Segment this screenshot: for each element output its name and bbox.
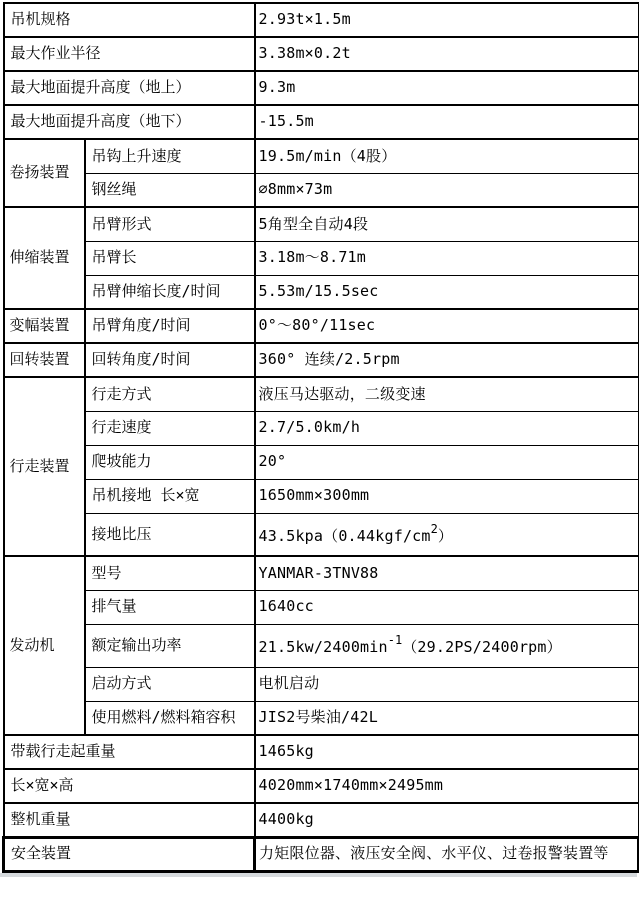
spec-row-value: 力矩限位器、液压安全阀、水平仪、过卷报警装置等 [255, 837, 639, 871]
spec-row-label: 吊臂角度/时间 [85, 309, 255, 343]
spec-row-value: 1640cc [255, 590, 639, 624]
table-row: 行走速度 2.7/5.0km/h [4, 411, 639, 445]
spec-row-value: 1465kg [255, 735, 639, 769]
spec-row-label: 回转角度/时间 [85, 343, 255, 377]
table-row: 排气量 1640cc [4, 590, 639, 624]
spec-row-label: 整机重量 [4, 803, 255, 837]
spec-row-value: ⌀8mm×73m [255, 173, 639, 207]
spec-row-value: 43.5kpa（0.44kgf/cm2） [255, 513, 639, 556]
table-row: 钢丝绳 ⌀8mm×73m [4, 173, 639, 207]
spec-group-label: 卷扬装置 [4, 139, 85, 207]
spec-group-label: 回转装置 [4, 343, 85, 377]
spec-row-label: 额定输出功率 [85, 624, 255, 667]
table-row: 伸缩装置 吊臂形式 5角型全自动4段 [4, 207, 639, 241]
spec-row-label: 钢丝绳 [85, 173, 255, 207]
spec-row-value: 0°～80°/11sec [255, 309, 639, 343]
table-row: 启动方式 电机启动 [4, 667, 639, 701]
spec-row-label: 长×宽×高 [4, 769, 255, 803]
page: 吊机规格 2.93t×1.5m 最大作业半径 3.38m×0.2t 最大地面提升… [0, 0, 639, 873]
table-row: 吊臂伸缩长度/时间 5.53m/15.5sec [4, 275, 639, 309]
spec-row-value: 9.3m [255, 71, 639, 105]
spec-row-value: JIS2号柴油/42L [255, 701, 639, 735]
table-row: 吊机接地 长×宽 1650mm×300mm [4, 479, 639, 513]
spec-row-label: 启动方式 [85, 667, 255, 701]
spec-row-label: 最大地面提升高度（地下） [4, 105, 255, 139]
spec-row-value: 1650mm×300mm [255, 479, 639, 513]
spec-row-value: 液压马达驱动，二级变速 [255, 377, 639, 411]
spec-table: 吊机规格 2.93t×1.5m 最大作业半径 3.38m×0.2t 最大地面提升… [2, 2, 639, 873]
spec-row-value: 2.7/5.0km/h [255, 411, 639, 445]
spec-group-label: 变幅装置 [4, 309, 85, 343]
spec-row-label: 吊机接地 长×宽 [85, 479, 255, 513]
spec-row-label: 行走速度 [85, 411, 255, 445]
spec-row-label: 行走方式 [85, 377, 255, 411]
value-superscript: -1 [388, 633, 402, 647]
table-row: 长×宽×高 4020mm×1740mm×2495mm [4, 769, 639, 803]
value-text: ） [438, 527, 453, 545]
value-text: （29.2PS/2400rpm） [402, 638, 562, 656]
spec-row-label: 安全装置 [4, 837, 255, 871]
spec-row-value: 3.18m～8.71m [255, 241, 639, 275]
value-text: 43.5kpa（0.44kgf/cm [259, 527, 431, 545]
spec-row-value: -15.5m [255, 105, 639, 139]
spec-group-label: 伸缩装置 [4, 207, 85, 309]
table-row: 发动机 型号 YANMAR-3TNV88 [4, 556, 639, 590]
table-row: 使用燃料/燃料箱容积 JIS2号柴油/42L [4, 701, 639, 735]
table-row: 爬坡能力 20° [4, 445, 639, 479]
table-row: 变幅装置 吊臂角度/时间 0°～80°/11sec [4, 309, 639, 343]
spec-row-label: 吊机规格 [4, 3, 255, 37]
spec-row-value: 电机启动 [255, 667, 639, 701]
spec-row-label: 最大地面提升高度（地上） [4, 71, 255, 105]
table-row: 行走装置 行走方式 液压马达驱动，二级变速 [4, 377, 639, 411]
spec-row-label: 吊钩上升速度 [85, 139, 255, 173]
table-row: 整机重量 4400kg [4, 803, 639, 837]
value-text: 21.5kw/2400min [259, 638, 388, 656]
spec-row-value: 21.5kw/2400min-1（29.2PS/2400rpm） [255, 624, 639, 667]
table-row: 安全装置 力矩限位器、液压安全阀、水平仪、过卷报警装置等 [4, 837, 639, 871]
value-superscript: 2 [431, 522, 438, 536]
table-row: 最大地面提升高度（地下） -15.5m [4, 105, 639, 139]
spec-row-value: 5角型全自动4段 [255, 207, 639, 241]
table-row: 吊臂长 3.18m～8.71m [4, 241, 639, 275]
table-row: 最大地面提升高度（地上） 9.3m [4, 71, 639, 105]
spec-row-label: 使用燃料/燃料箱容积 [85, 701, 255, 735]
spec-row-label: 接地比压 [85, 513, 255, 556]
spec-row-label: 排气量 [85, 590, 255, 624]
spec-row-label: 吊臂长 [85, 241, 255, 275]
table-row: 回转装置 回转角度/时间 360° 连续/2.5rpm [4, 343, 639, 377]
spec-row-value: 4020mm×1740mm×2495mm [255, 769, 639, 803]
table-row: 卷扬装置 吊钩上升速度 19.5m/min（4股） [4, 139, 639, 173]
spec-row-label: 爬坡能力 [85, 445, 255, 479]
spec-row-label: 带载行走起重量 [4, 735, 255, 769]
spec-group-label: 行走装置 [4, 377, 85, 556]
spec-row-label: 型号 [85, 556, 255, 590]
table-row: 吊机规格 2.93t×1.5m [4, 3, 639, 37]
spec-group-label: 发动机 [4, 556, 85, 735]
table-row: 额定输出功率 21.5kw/2400min-1（29.2PS/2400rpm） [4, 624, 639, 667]
page-bottom-strip [0, 873, 637, 877]
spec-row-label: 最大作业半径 [4, 37, 255, 71]
spec-row-value: 360° 连续/2.5rpm [255, 343, 639, 377]
spec-row-value: 4400kg [255, 803, 639, 837]
spec-row-value: 3.38m×0.2t [255, 37, 639, 71]
spec-row-label: 吊臂形式 [85, 207, 255, 241]
spec-row-label: 吊臂伸缩长度/时间 [85, 275, 255, 309]
spec-row-value: 5.53m/15.5sec [255, 275, 639, 309]
spec-row-value: 20° [255, 445, 639, 479]
spec-row-value: 2.93t×1.5m [255, 3, 639, 37]
spec-row-value: YANMAR-3TNV88 [255, 556, 639, 590]
table-row: 带载行走起重量 1465kg [4, 735, 639, 769]
table-row: 接地比压 43.5kpa（0.44kgf/cm2） [4, 513, 639, 556]
spec-row-value: 19.5m/min（4股） [255, 139, 639, 173]
table-row: 最大作业半径 3.38m×0.2t [4, 37, 639, 71]
